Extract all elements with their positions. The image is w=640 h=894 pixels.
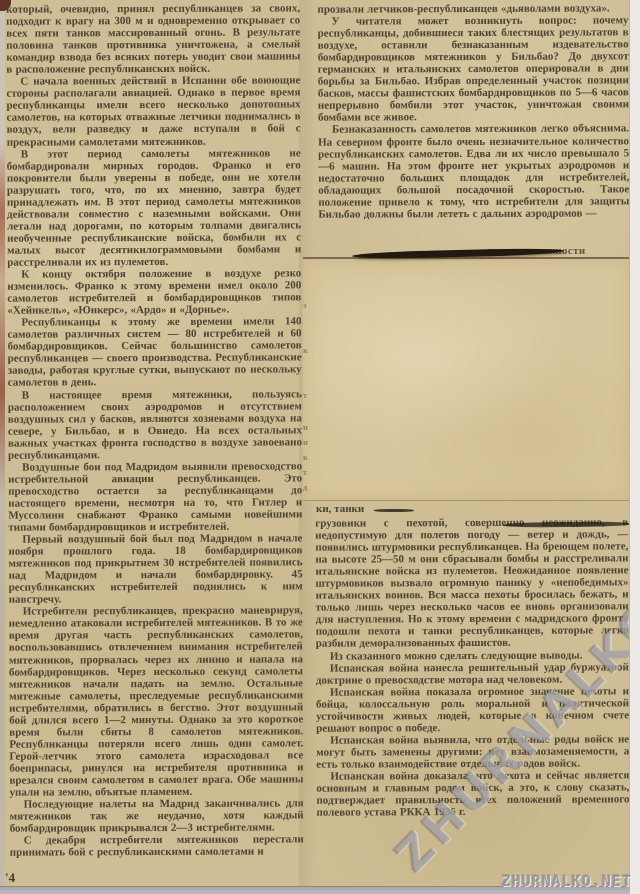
paragraph: грузовики с пехотой, совершенно неожидан… — [315, 516, 629, 650]
page-edge-right — [629, 0, 640, 894]
paragraph: С начала военных действий в Испании обе … — [6, 75, 300, 149]
pasted-blank-area — [303, 257, 632, 501]
ink-smear — [374, 509, 414, 512]
paragraph: Безнаказанность самолетов мятежников лег… — [318, 123, 629, 221]
caption-fragment: ки, танки — [316, 503, 364, 515]
left-column: который, очевидно, принял республиканцев… — [6, 2, 304, 885]
text-fragment: з — [303, 300, 306, 310]
paragraph: У читателя может возникнуть вопрос: поче… — [318, 14, 629, 124]
paragraph: К концу октября положение в воздухе резк… — [7, 267, 301, 316]
watermark-corner: ZHURNALKO.NET — [502, 872, 632, 890]
paragraph: который, очевидно, принял республиканцев… — [6, 2, 300, 76]
text-fragment: н — [303, 437, 308, 447]
text-fragment: т — [303, 467, 307, 477]
paragraph: Последующие налеты на Мадрид заканчивали… — [10, 797, 304, 834]
paragraph: В этот период самолеты мятежников не бом… — [7, 147, 302, 269]
page-number: '4 — [5, 870, 15, 886]
paragraph: Первый воздушный бой был под Мадридом в … — [8, 532, 302, 606]
paragraph: Воздушные бои под Мадридом выявили прево… — [8, 460, 302, 534]
text-fragment: т — [303, 390, 307, 400]
paragraph: С декабря истребители мятежников переста… — [10, 834, 304, 859]
paragraph: Республиканцы к этому же времени имели 1… — [7, 316, 301, 390]
page-edge-left — [0, 0, 5, 886]
paragraph: В настоящее время мятежники, пользуясь р… — [8, 388, 302, 462]
text-fragment: к — [303, 452, 308, 462]
text-fragment: д — [303, 482, 307, 492]
text-fragment: н — [303, 422, 308, 432]
text-fragment: к — [303, 345, 308, 355]
paragraph: Истребители республиканцев, прекрасно ма… — [9, 605, 304, 799]
right-column-top: прозвали летчиков-республиканцев «дьявол… — [317, 2, 629, 255]
scanned-document-page: который, очевидно, принял республиканцев… — [0, 0, 640, 894]
